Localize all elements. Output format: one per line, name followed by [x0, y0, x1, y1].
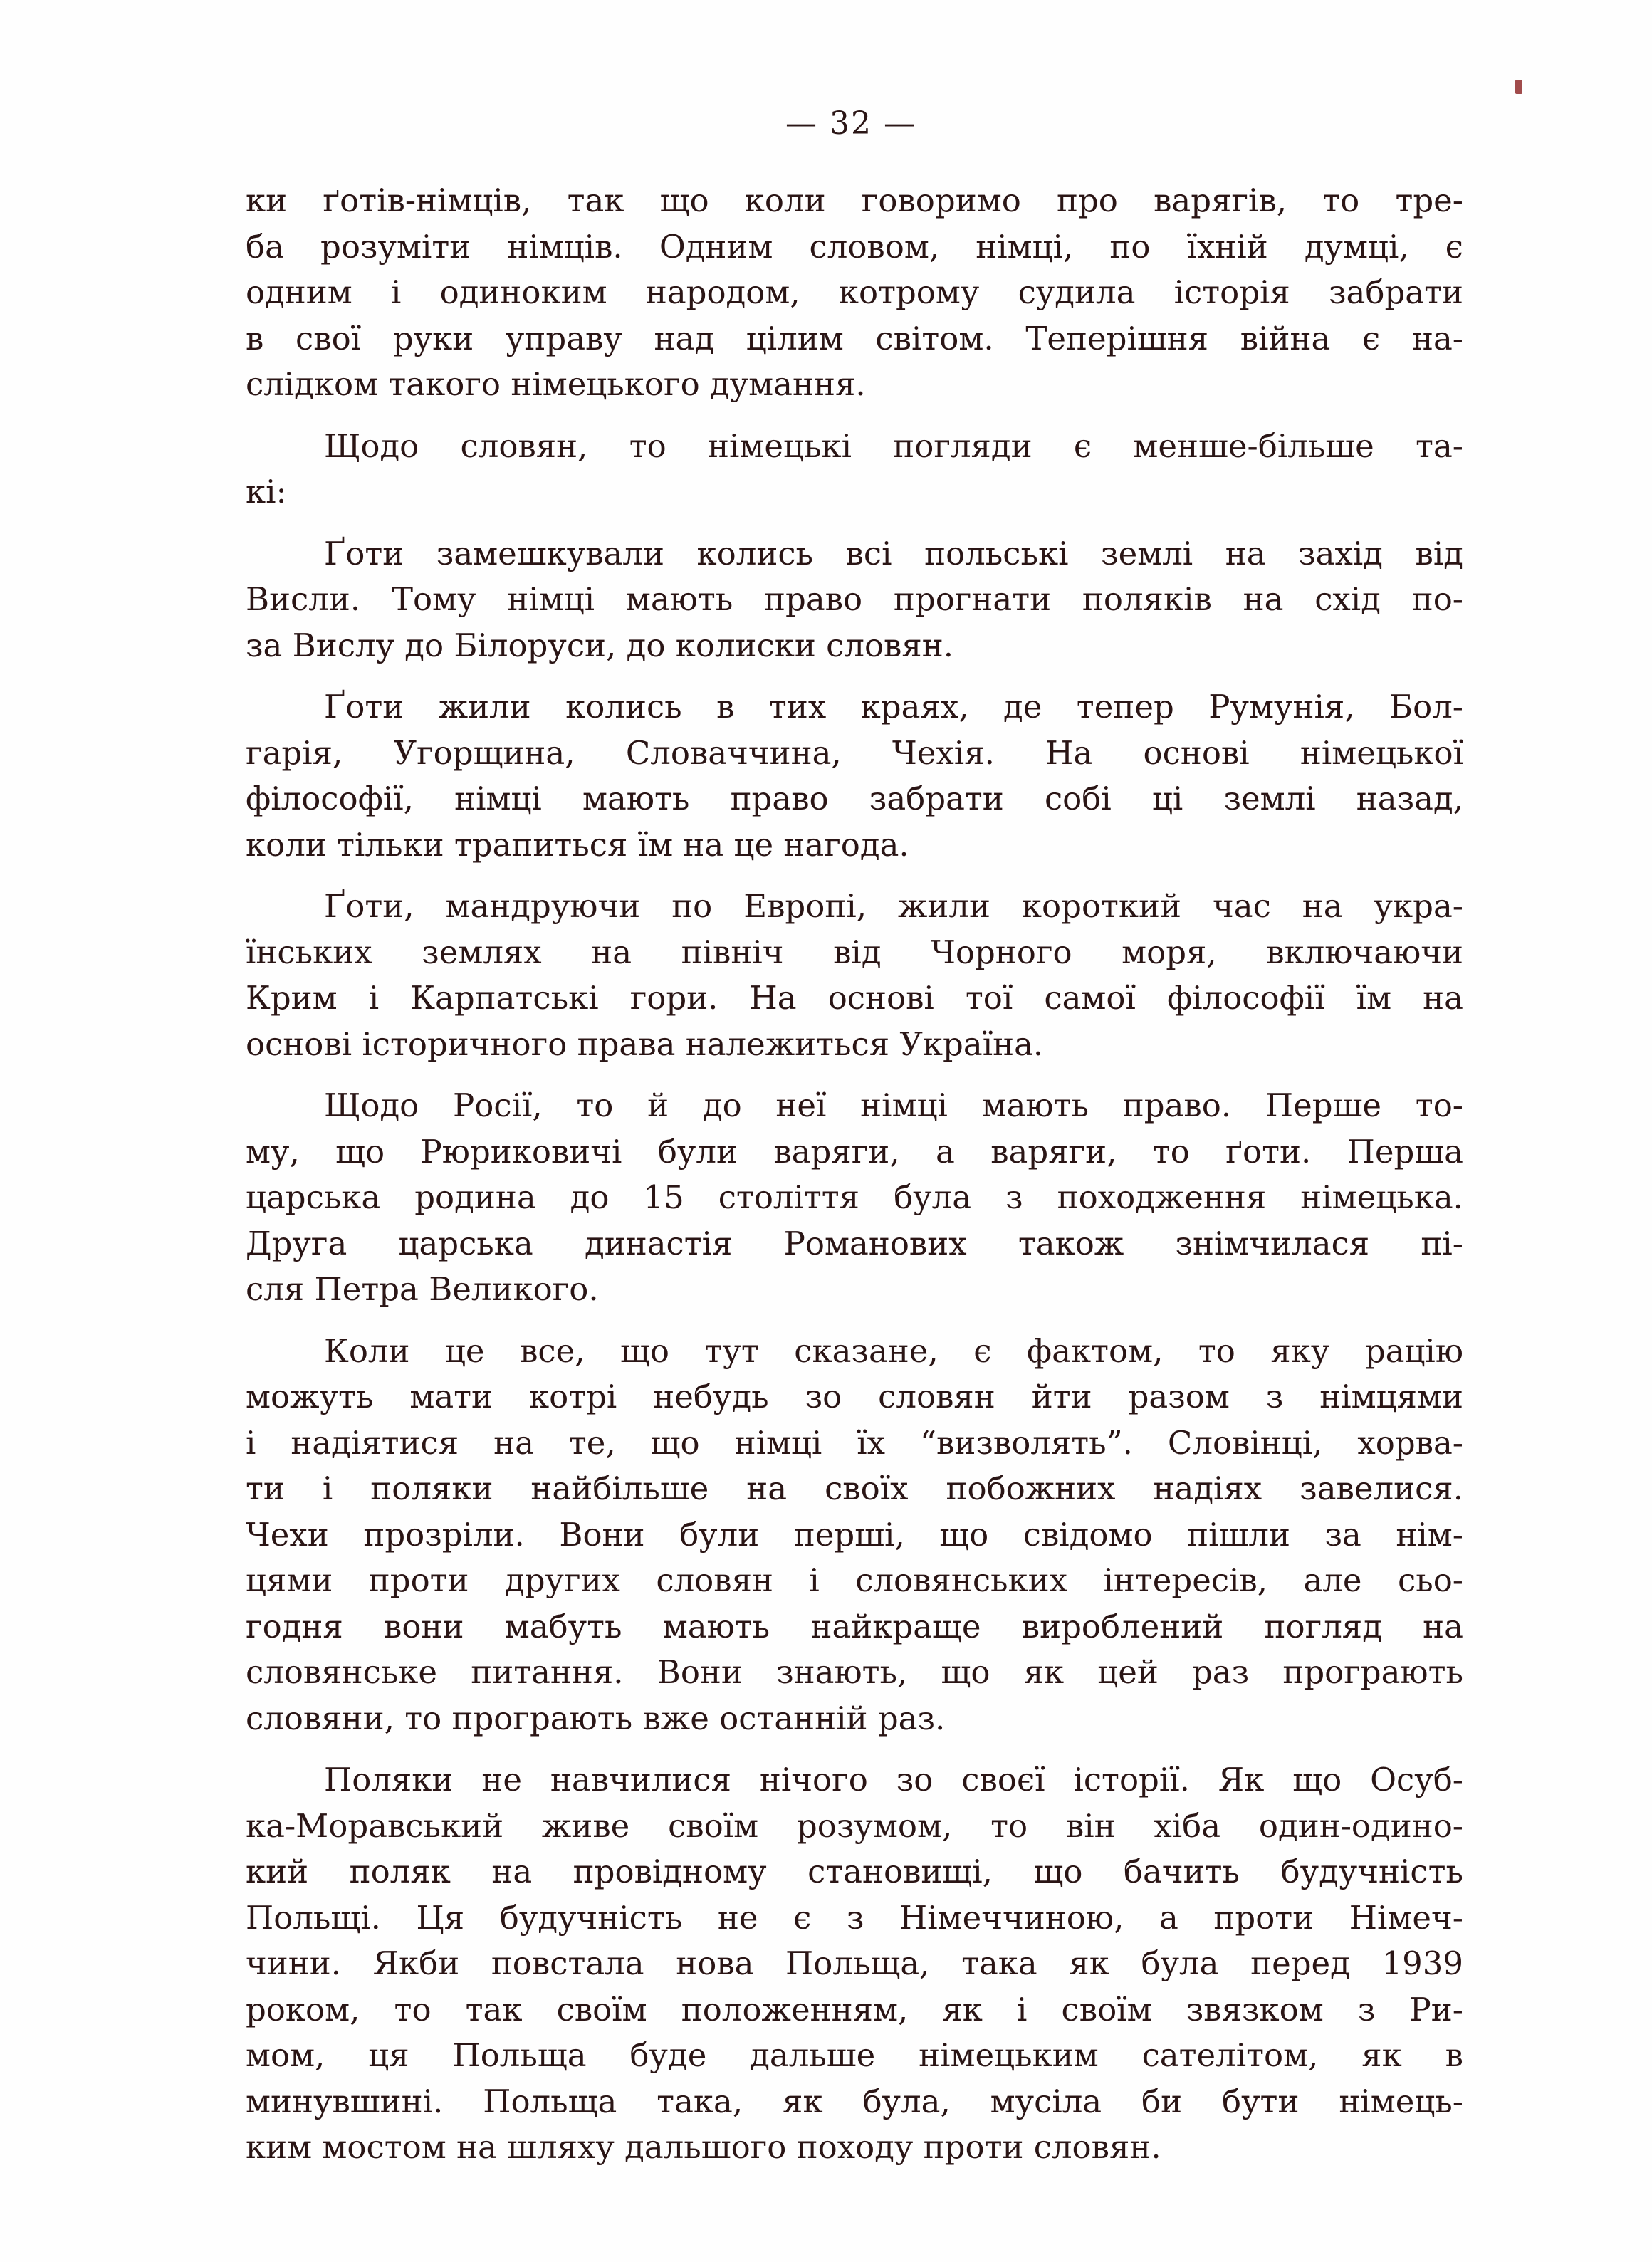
text-line: сля Петра Великого.	[246, 1267, 1463, 1313]
text-line: му, що Рюриковичі були варяги, а варяги,…	[246, 1129, 1463, 1175]
text-line: їнських землях на північ від Чорного мор…	[246, 930, 1463, 976]
text-line: Чехи прозріли. Вони були перші, що свідо…	[246, 1512, 1463, 1559]
corner-ink-mark	[1515, 80, 1522, 94]
text-line: царська родина до 15 століття була з пох…	[246, 1175, 1463, 1221]
paragraph: ки ґотів-німців, так що коли говоримо пр…	[246, 178, 1463, 408]
text-line: Висли. Тому німці мають право прогнати п…	[246, 577, 1463, 623]
paragraph: Ґоти жили колись в тих краях, де тепер Р…	[246, 684, 1463, 868]
paragraph: Поляки не навчилися нічого зо своєї істо…	[246, 1757, 1463, 2171]
text-line: гарія, Угорщина, Словаччина, Чехія. На о…	[246, 731, 1463, 777]
text-line: слідком такого німецького думання.	[246, 362, 1463, 408]
text-line: чини. Якби повстала нова Польща, така як…	[246, 1941, 1463, 1987]
text-line: Поляки не навчилися нічого зо своєї істо…	[246, 1757, 1463, 1803]
text-line: Крим і Карпатські гори. На основі тої са…	[246, 975, 1463, 1022]
text-line: цями проти других словян і словянських і…	[246, 1558, 1463, 1604]
text-line: минувшині. Польща така, як була, мусіла …	[246, 2079, 1463, 2125]
text-line: годня вони мабуть мають найкраще виробле…	[246, 1604, 1463, 1650]
scanned-page: — 32 — ки ґотів-німців, так що коли гово…	[0, 0, 1652, 2262]
text-line: словянське питання. Вони знають, що як ц…	[246, 1650, 1463, 1696]
text-line: основі історичного права належиться Укра…	[246, 1022, 1463, 1068]
page-number: — 32 —	[0, 105, 1652, 142]
paragraph: Щодо словян, то німецькі погляди є менше…	[246, 424, 1463, 515]
text-line: одним і одиноким народом, котрому судила…	[246, 270, 1463, 316]
text-line: роком, то так своїм положенням, як і сво…	[246, 1987, 1463, 2033]
text-line: філософії, німці мають право забрати соб…	[246, 776, 1463, 822]
text-line: Щодо Росії, то й до неї німці мають прав…	[246, 1083, 1463, 1129]
text-line: в свої руки управу над цілим світом. Теп…	[246, 316, 1463, 362]
text-line: Коли це все, що тут сказане, є фактом, т…	[246, 1329, 1463, 1375]
text-line: мом, ця Польща буде дальше німецьким сат…	[246, 2033, 1463, 2079]
text-line: Ґоти замешкували колись всі польські зем…	[246, 531, 1463, 577]
text-line: за Вислу до Білоруси, до колиски словян.	[246, 623, 1463, 669]
text-line: ка-Моравський живе своїм розумом, то він…	[246, 1803, 1463, 1850]
text-line: Друга царська династія Романових також з…	[246, 1221, 1463, 1267]
text-line: кі:	[246, 469, 1463, 515]
paragraph: Ґоти замешкували колись всі польські зем…	[246, 531, 1463, 669]
text-line: Ґоти жили колись в тих краях, де тепер Р…	[246, 684, 1463, 731]
text-line: ким мостом на шляху дальшого походу прот…	[246, 2125, 1463, 2171]
text-line: кий поляк на провідному становищі, що ба…	[246, 1849, 1463, 1895]
text-line: ба розуміти німців. Одним словом, німці,…	[246, 224, 1463, 271]
paragraph: Коли це все, що тут сказане, є фактом, т…	[246, 1329, 1463, 1742]
text-line: ти і поляки найбільше на своїх побожних …	[246, 1466, 1463, 1512]
text-line: Щодо словян, то німецькі погляди є менше…	[246, 424, 1463, 470]
text-line: ки ґотів-німців, так що коли говоримо пр…	[246, 178, 1463, 224]
paragraph: Щодо Росії, то й до неї німці мають прав…	[246, 1083, 1463, 1313]
text-line: коли тільки трапиться їм на це нагода.	[246, 822, 1463, 869]
body-text: ки ґотів-німців, так що коли говоримо пр…	[246, 178, 1463, 2187]
text-line: і надіятися на те, що німці їх “визволят…	[246, 1420, 1463, 1467]
text-line: Ґоти, мандруючи по Европі, жили короткий…	[246, 884, 1463, 930]
text-line: можуть мати котрі небудь зо словян йти р…	[246, 1374, 1463, 1420]
text-line: Польщі. Ця будучність не є з Німеччиною,…	[246, 1895, 1463, 1942]
paragraph: Ґоти, мандруючи по Европі, жили короткий…	[246, 884, 1463, 1067]
text-line: словяни, то програють вже останній раз.	[246, 1696, 1463, 1742]
